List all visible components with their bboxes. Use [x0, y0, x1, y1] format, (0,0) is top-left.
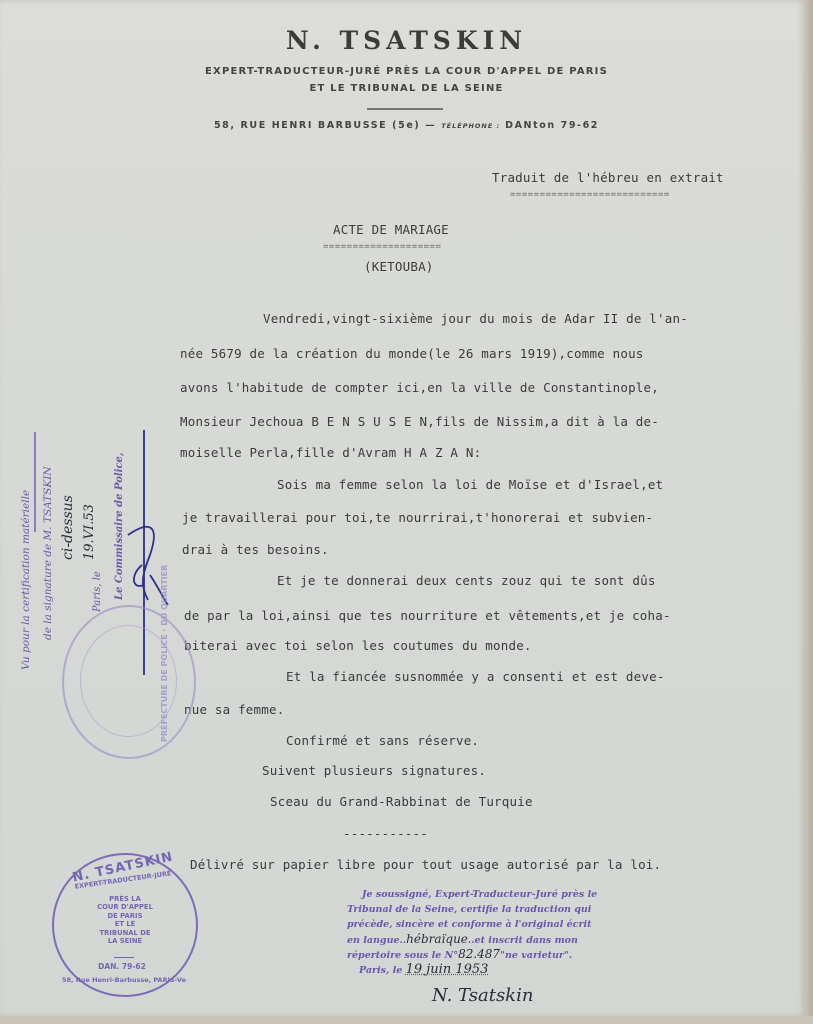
police-stamp-line2: de la signature de M. TSATSKIN [42, 466, 54, 640]
certification-line1: Je soussigné, Expert-Traducteur-Juré prè… [362, 887, 597, 902]
body-line: Sceau du Grand-Rabbinat de Turquie [270, 794, 533, 809]
letterhead-name: N. TSATSKIN [0, 26, 813, 55]
page-edge-bottom [0, 1016, 813, 1024]
document-subtitle: (KETOUBA) [364, 259, 434, 274]
letterhead-address: 58, RUE HENRI BARBUSSE (5e) — [214, 120, 436, 131]
body-line: Sois ma femme selon la loi de Moïse et d… [277, 477, 663, 492]
certification-line4: en langue..hébraïque..et inscrit dans mo… [347, 932, 578, 948]
translator-signature: N. Tsatskin [432, 985, 533, 1006]
translation-note-underline: =========================== [510, 190, 670, 200]
body-line: moiselle Perla,fille d'Avram H A Z A N: [180, 445, 481, 460]
body-line: Et la fiancée susnommée y a consenti et … [286, 669, 665, 684]
body-line: Et je te donnerai deux cents zouz qui te… [277, 573, 656, 588]
document-title: ACTE DE MARIAGE [333, 222, 449, 237]
certification-language: hébraïque [406, 932, 468, 946]
translator-stamp-rule [114, 957, 134, 958]
certification-language-suffix: ..et inscrit dans mon [468, 935, 578, 946]
certification-number: 82.487 [458, 947, 500, 961]
certification-date: 19 juin 1953 [406, 962, 489, 977]
certification-number-suffix: "ne varietur". [500, 950, 572, 961]
certification-number-prefix: répertoire sous le N° [347, 950, 458, 961]
police-handwritten-date: 19.VI.53 [82, 504, 97, 560]
letterhead-phone-label: TÉLÉPHONE : [441, 122, 500, 130]
body-line: Suivent plusieurs signatures. [262, 763, 486, 778]
police-stamp-line1: Vu pour la certification matérielle [20, 490, 32, 670]
certification-line6: Paris, le 19 juin 1953 [359, 962, 488, 978]
certification-date-prefix: Paris, le [359, 965, 402, 976]
page-edge [805, 0, 813, 1024]
body-line: biterai avec toi selon les coutumes du m… [184, 638, 532, 653]
body-line: Vendredi,vingt-sixième jour du mois de A… [263, 311, 688, 326]
body-line: je travaillerai pour toi,te nourrirai,t'… [182, 510, 653, 525]
document-title-underline: ==================== [323, 242, 441, 252]
letterhead-phone: DANton 79-62 [505, 120, 599, 131]
body-line: de par la loi,ainsi que tes nourriture e… [184, 608, 671, 623]
letterhead-title-line1: EXPERT-TRADUCTEUR-JURÉ PRÈS LA COUR D'AP… [0, 66, 813, 77]
letterhead-address-line: 58, RUE HENRI BARBUSSE (5e) — TÉLÉPHONE … [0, 120, 813, 131]
body-line: Délivré sur papier libre pour tout usage… [190, 857, 661, 872]
certification-line3: précède, sincère et conforme à l'origina… [347, 917, 591, 932]
body-line: nue sa femme. [184, 702, 284, 717]
letterhead-rule [367, 108, 443, 110]
translation-note: Traduit de l'hébreu en extrait [492, 170, 724, 185]
body-line: née 5679 de la création du monde(le 26 m… [180, 346, 644, 361]
letterhead-title-line2: ET LE TRIBUNAL DE LA SEINE [0, 83, 813, 94]
body-separator: ----------- [343, 826, 428, 841]
body-line: avons l'habitude de compter ici,en la vi… [180, 380, 659, 395]
translator-stamp-center: PRÈS LA COUR D'APPEL DE PARIS ET LE TRIB… [80, 895, 170, 946]
certification-line2: Tribunal de la Seine, certifie la traduc… [347, 902, 591, 917]
police-round-stamp-text: PRÉFECTURE DE POLICE · DU QUARTIER [160, 565, 169, 742]
body-line: drai à tes besoins. [182, 542, 329, 557]
body-line: Monsieur Jechoua B E N S U S E N,fils de… [180, 414, 659, 429]
certification-line5: répertoire sous le N°82.487"ne varietur"… [347, 947, 572, 963]
translator-stamp-address: 58, Rue Henri-Barbusse, PARIS-Ve [58, 976, 190, 984]
certification-language-prefix: en langue.. [347, 935, 406, 946]
body-line: Confirmé et sans réserve. [286, 733, 479, 748]
police-handwritten-dessus: ci-dessus [60, 495, 76, 560]
translator-stamp-phone: DAN. 79-62 [82, 962, 162, 971]
police-stamp-rule [34, 432, 36, 532]
police-stamp-line3: Paris, le [92, 571, 103, 612]
